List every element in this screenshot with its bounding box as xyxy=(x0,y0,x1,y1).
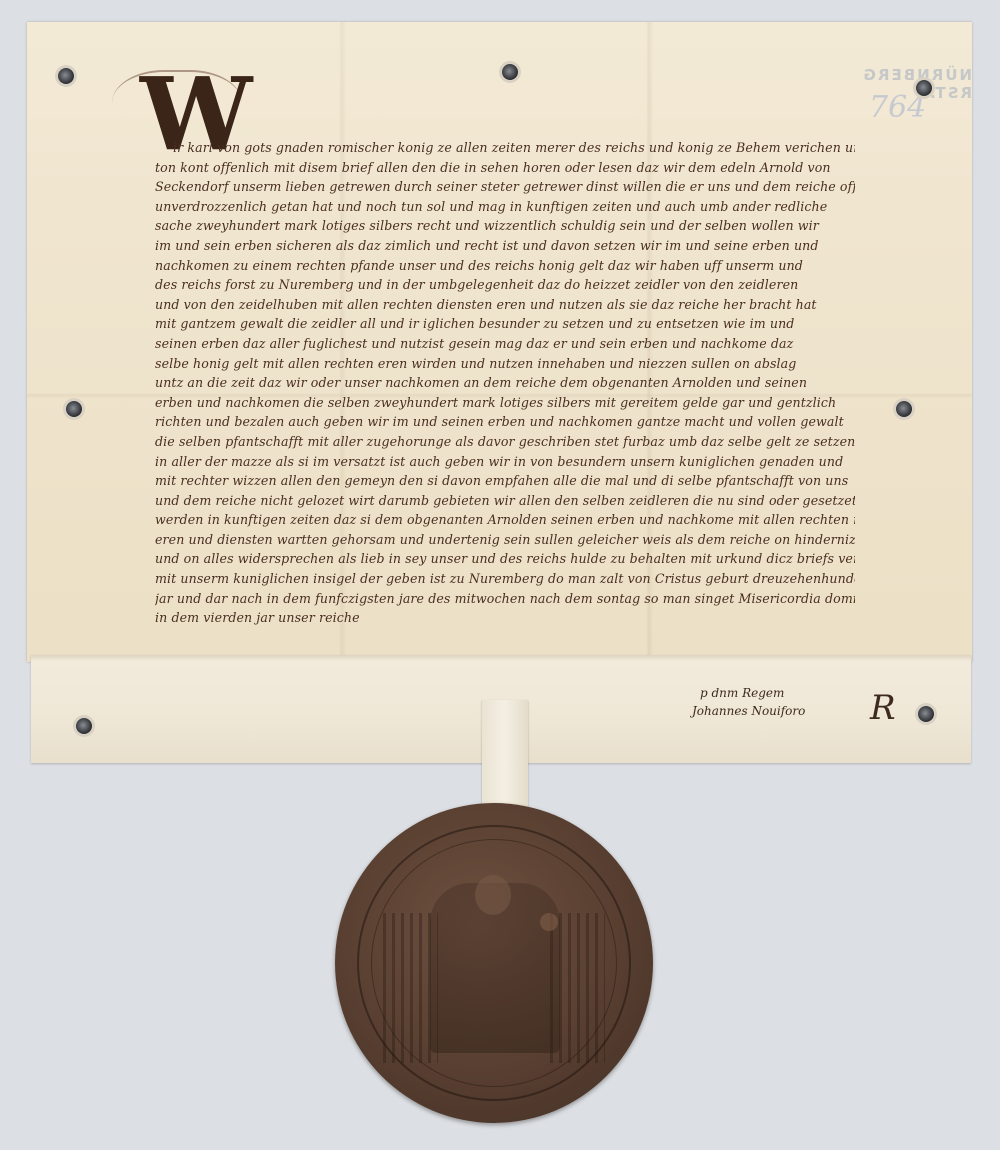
mount-hole xyxy=(896,401,912,417)
text-line: ir karl von gots gnaden romischer konig … xyxy=(155,138,855,158)
text-line: mit unserm kuniglichen insigel der geben… xyxy=(155,569,855,589)
seal-king-head xyxy=(475,875,511,915)
text-line: erben und nachkomen die selben zweyhunde… xyxy=(155,393,855,413)
text-line: mit gantzem gewalt die zeidler all und i… xyxy=(155,314,855,334)
fold-crease xyxy=(31,655,971,661)
mount-hole xyxy=(58,68,74,84)
text-line: nachkomen zu einem rechten pfande unser … xyxy=(155,256,855,276)
text-line: die selben pfantschafft mit aller zugeho… xyxy=(155,432,855,452)
seal-strap xyxy=(482,700,528,810)
mount-hole xyxy=(916,80,932,96)
text-line: unverdrozzenlich getan hat und noch tun … xyxy=(155,197,855,217)
wax-seal xyxy=(335,803,653,1123)
text-line: und dem reiche nicht gelozet wirt darumb… xyxy=(155,491,855,511)
text-line: seinen erben daz aller fuglichest und nu… xyxy=(155,334,855,354)
catalog-number: 764 xyxy=(869,90,926,125)
mount-hole xyxy=(66,401,82,417)
text-line: des reichs forst zu Nuremberg und in der… xyxy=(155,275,855,295)
text-line: eren und diensten wartten gehorsam und u… xyxy=(155,530,855,550)
text-line: Seckendorf unserm lieben getrewen durch … xyxy=(155,177,855,197)
charter-text: ir karl von gots gnaden romischer konig … xyxy=(155,138,855,628)
text-line: ton kont offenlich mit disem brief allen… xyxy=(155,158,855,178)
text-line: und on alles widersprechen als lieb in s… xyxy=(155,549,855,569)
text-line: in dem vierden jar unser reiche xyxy=(155,608,855,628)
mount-hole xyxy=(502,64,518,80)
text-line: jar und dar nach in dem funfczigsten jar… xyxy=(155,589,855,609)
text-line: sache zweyhundert mark lotiges silbers r… xyxy=(155,216,855,236)
mount-hole xyxy=(76,718,92,734)
text-line: in aller der mazze als si im versatzt is… xyxy=(155,452,855,472)
text-line: richten und bezalen auch geben wir im un… xyxy=(155,412,855,432)
text-line: und von den zeidelhuben mit allen rechte… xyxy=(155,295,855,315)
text-line: im und sein erben sicheren als daz zimli… xyxy=(155,236,855,256)
text-line: mit rechter wizzen allen den gemeyn den … xyxy=(155,471,855,491)
text-line: selbe honig gelt mit allen rechten eren … xyxy=(155,354,855,374)
chancery-note: p dnm Regem xyxy=(700,686,784,700)
text-line: werden in kunftigen zeiten daz si dem ob… xyxy=(155,510,855,530)
chancery-signature: Johannes Nouiforo xyxy=(692,704,805,718)
registration-mark: R xyxy=(870,688,896,728)
mount-hole xyxy=(918,706,934,722)
text-line: untz an die zeit daz wir oder unser nach… xyxy=(155,373,855,393)
seal-orb-icon xyxy=(540,913,558,931)
